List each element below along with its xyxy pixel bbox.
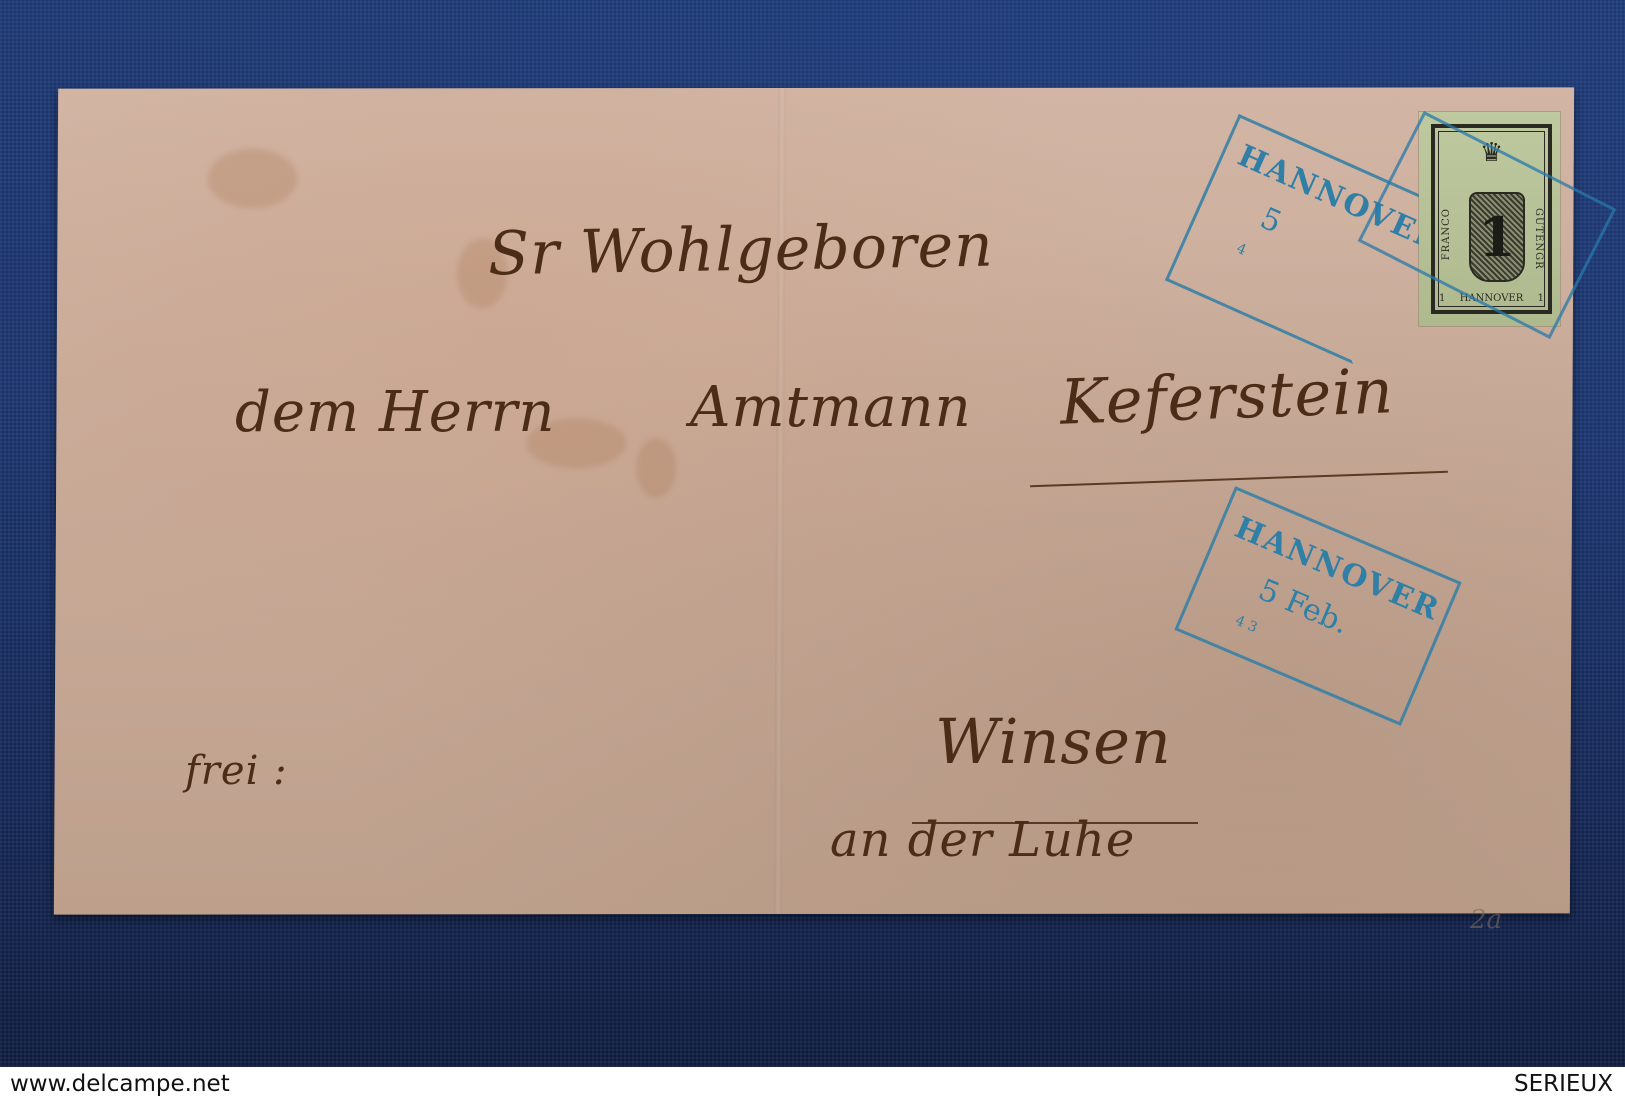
pencil-note: 2a xyxy=(1470,905,1502,935)
watermark-banner: www.delcampe.net SERIEUX xyxy=(0,1067,1625,1102)
address-line-1: Sr Wohlgeboren xyxy=(487,211,994,290)
watermark-site: www.delcampe.net xyxy=(10,1071,230,1097)
postmark-year: 4 xyxy=(1234,241,1249,259)
address-line-2-name: Keferstein xyxy=(1059,354,1395,439)
postmark-year: 4 3 xyxy=(1233,613,1260,636)
stain xyxy=(208,148,298,208)
franking-note: frei : xyxy=(185,748,288,794)
watermark-seller: SERIEUX xyxy=(1514,1071,1613,1097)
address-region: an der Luhe xyxy=(830,812,1135,868)
postmark-date: 5 xyxy=(1255,201,1287,241)
address-city: Winsen xyxy=(935,705,1172,778)
address-line-2-amtmann: Amtmann xyxy=(690,375,972,440)
stamp-value-left: 1 xyxy=(1439,293,1445,304)
postage-stamp: ♛ FRANCO GUTENGR 1 1 HANNOVER 1 xyxy=(1419,112,1560,326)
photograph: HANNOVER 5 4 ♛ FRANCO GUTENGR 1 1 HANNOV… xyxy=(0,0,1625,1067)
fold-crease xyxy=(774,88,786,914)
stain xyxy=(636,438,676,498)
address-line-2-dem-herrn: dem Herrn xyxy=(235,380,555,445)
